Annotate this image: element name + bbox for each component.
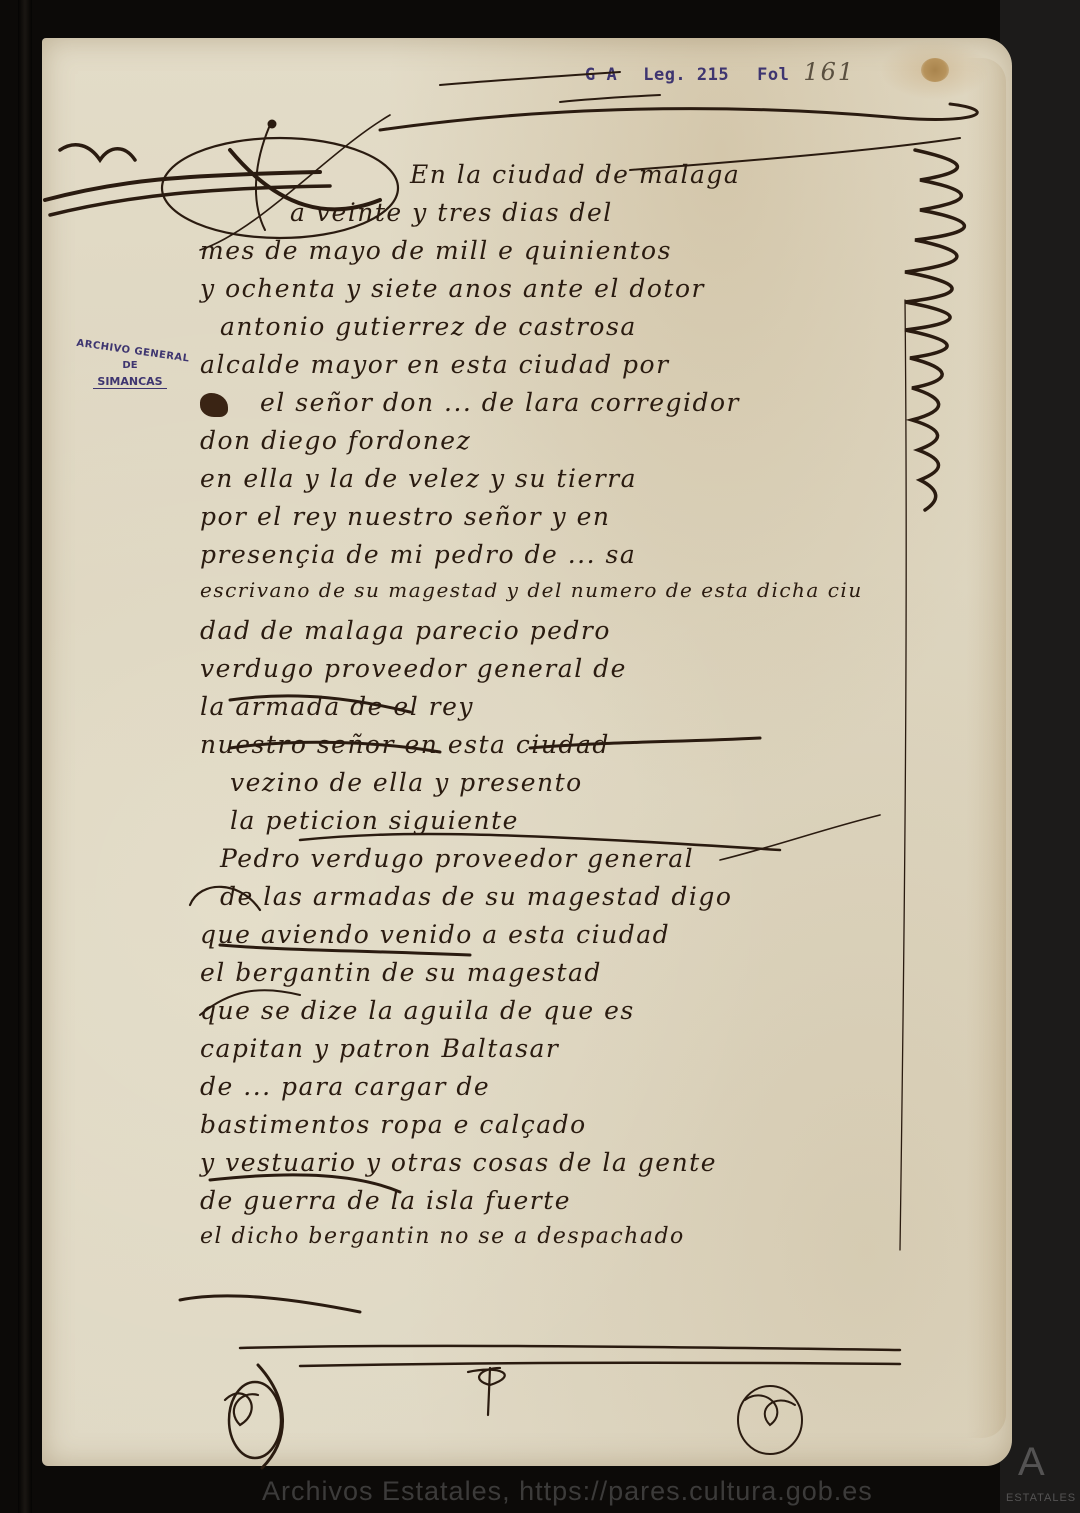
logo-letter: A: [1018, 1440, 1051, 1485]
manuscript-line: de las armadas de su magestad digo: [220, 882, 900, 920]
manuscript-line: y vestuario y otras cosas de la gente: [200, 1148, 900, 1186]
folio-label: Fol: [757, 65, 789, 85]
reference-stamp: G A Leg. 215 Fol 161: [585, 58, 855, 86]
manuscript-line: verdugo proveedor general de: [200, 654, 900, 692]
manuscript-line: por el rey nuestro señor y en: [200, 502, 900, 540]
manuscript-line: de ... para cargar de: [200, 1072, 900, 1110]
manuscript-line: en ella y la de velez y su tierra: [200, 464, 900, 502]
manuscript-line: dad de malaga parecio pedro: [200, 616, 900, 654]
manuscript-line: mes de mayo de mill e quinientos: [200, 236, 900, 274]
archivos-estatales-logo: A ESTATALES: [1006, 1440, 1076, 1510]
manuscript-line: la peticion siguiente: [230, 806, 900, 844]
manuscript-line: don diego fordonez: [200, 426, 900, 464]
archive-watermark: Archivos Estatales, https://pares.cultur…: [262, 1476, 873, 1507]
manuscript-line: En la ciudad de malaga: [410, 160, 900, 198]
manuscript-text: En la ciudad de malaga a veinte y tres d…: [200, 160, 900, 1262]
logo-text: ESTATALES: [1006, 1492, 1076, 1504]
archive-stamp-line2: DE: [80, 360, 180, 371]
manuscript-line: vezino de ella y presento: [230, 768, 900, 806]
manuscript-line: presençia de mi pedro de ... sa: [200, 540, 900, 578]
manuscript-line: y ochenta y siete anos ante el dotor: [200, 274, 900, 312]
legajo-number: Leg. 215: [643, 65, 729, 85]
manuscript-line: bastimentos ropa e calçado: [200, 1110, 900, 1148]
manuscript-line: antonio gutierrez de castrosa: [220, 312, 900, 350]
collection-code: G A: [585, 65, 617, 85]
manuscript-line: alcalde mayor en esta ciudad por: [200, 350, 900, 388]
manuscript-line: el dicho bergantin no se a despachado: [200, 1224, 900, 1262]
folio-number: 161: [803, 58, 855, 86]
manuscript-line: escrivano de su magestad y del numero de…: [200, 578, 900, 616]
manuscript-line: el bergantin de su magestad: [200, 958, 900, 996]
manuscript-line: el señor don ... de lara corregidor: [260, 388, 900, 426]
manuscript-line: Pedro verdugo proveedor general: [220, 844, 900, 882]
manuscript-line: de guerra de la isla fuerte: [200, 1186, 900, 1224]
manuscript-line: capitan y patron Baltasar: [200, 1034, 900, 1072]
scan-background: [1000, 0, 1080, 1513]
manuscript-line: a veinte y tres dias del: [290, 198, 900, 236]
manuscript-line: nuestro señor en esta ciudad: [200, 730, 900, 768]
ink-stain: [921, 58, 949, 82]
manuscript-line: que aviendo venido a esta ciudad: [200, 920, 900, 958]
binding-spine: [18, 0, 32, 1513]
archive-stamp-line3: SIMANCAS: [93, 375, 167, 389]
archive-stamp: ARCHIVO GENERAL DE SIMANCAS: [80, 345, 180, 415]
manuscript-line: la armada de el rey: [200, 692, 900, 730]
manuscript-line: que se dize la aguila de que es: [200, 996, 900, 1034]
